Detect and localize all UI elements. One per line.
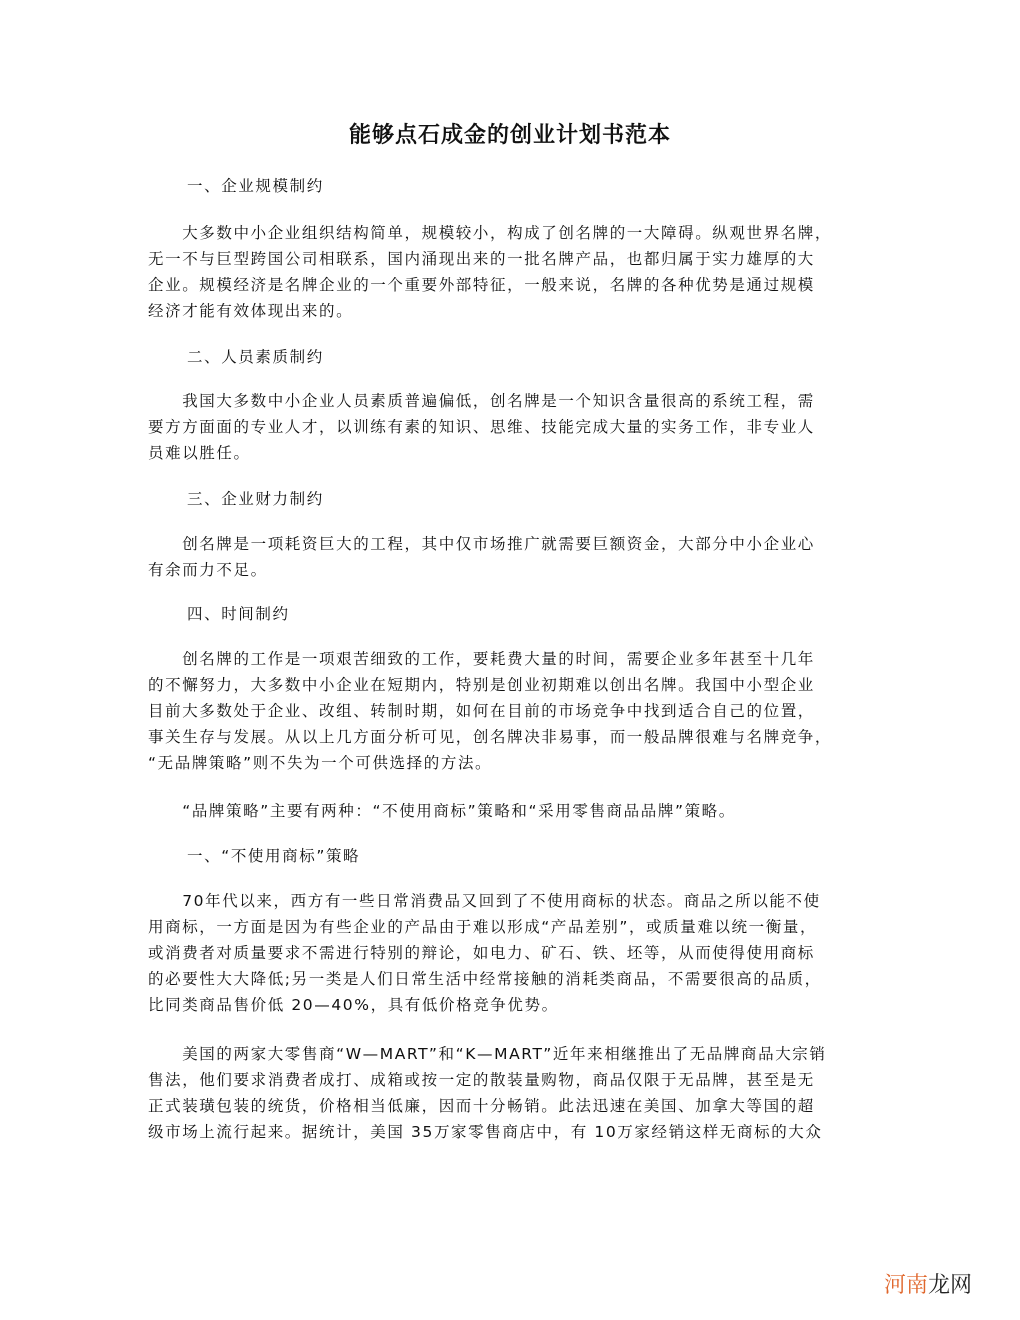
paragraph-line: 目前大多数处于企业、改组、转制时期，如何在目前的市场竞争中找到适合自己的位置， — [148, 698, 868, 724]
paragraph-line: 员难以胜任。 — [148, 440, 868, 466]
paragraph: 大多数中小企业组织结构简单，规模较小，构成了创名牌的一大障碍。纵观世界名牌， 无… — [148, 220, 868, 324]
paragraph-line: 大多数中小企业组织结构简单，规模较小，构成了创名牌的一大障碍。纵观世界名牌， — [148, 220, 868, 246]
paragraph-line: 70年代以来，西方有一些日常消费品又回到了不使用商标的状态。商品之所以能不使 — [148, 888, 868, 914]
section-heading: 二、人员素质制约 — [187, 344, 324, 370]
paragraph-line: “品牌策略”主要有两种：“不使用商标”策略和“采用零售商品品牌”策略。 — [148, 798, 868, 824]
paragraph-line: 比同类商品售价低 20—40%，具有低价格竞争优势。 — [148, 992, 868, 1018]
paragraph-line: 我国大多数中小企业人员素质普遍偏低，创名牌是一个知识含量很高的系统工程，需 — [148, 388, 868, 414]
paragraph-line: 有余而力不足。 — [148, 557, 868, 583]
section-heading: 三、企业财力制约 — [187, 486, 324, 512]
paragraph-line: 创名牌的工作是一项艰苦细致的工作，要耗费大量的时间，需要企业多年甚至十几年 — [148, 646, 868, 672]
paragraph: 70年代以来，西方有一些日常消费品又回到了不使用商标的状态。商品之所以能不使 用… — [148, 888, 868, 1018]
section-heading: 一、企业规模制约 — [187, 173, 324, 199]
paragraph-line: 美国的两家大零售商“W—MART”和“K—MART”近年来相继推出了无品牌商品大… — [148, 1041, 868, 1067]
paragraph-line: “无品牌策略”则不失为一个可供选择的方法。 — [148, 750, 868, 776]
paragraph-line: 企业。规模经济是名牌企业的一个重要外部特征，一般来说，名牌的各种优势是通过规模 — [148, 272, 868, 298]
paragraph: 美国的两家大零售商“W—MART”和“K—MART”近年来相继推出了无品牌商品大… — [148, 1041, 868, 1145]
section-heading: 四、时间制约 — [187, 601, 290, 627]
document-page: 能够点石成金的创业计划书范本 一、企业规模制约 大多数中小企业组织结构简单，规模… — [0, 0, 1020, 1320]
paragraph: 我国大多数中小企业人员素质普遍偏低，创名牌是一个知识含量很高的系统工程，需 要方… — [148, 388, 868, 466]
paragraph-line: 要方方面面的专业人才，以训练有素的知识、思维、技能完成大量的实务工作，非专业人 — [148, 414, 868, 440]
paragraph-line: 级市场上流行起来。据统计，美国 35万家零售商店中，有 10万家经销这样无商标的… — [148, 1119, 868, 1145]
paragraph-line: 用商标，一方面是因为有些企业的产品由于难以形成“产品差别”，或质量难以统一衡量， — [148, 914, 868, 940]
watermark-part1: 河南 — [884, 1273, 928, 1298]
paragraph-line: 正式装璜包装的统货，价格相当低廉，因而十分畅销。此法迅速在美国、加拿大等国的超 — [148, 1093, 868, 1119]
paragraph-line: 无一不与巨型跨国公司相联系，国内涌现出来的一批名牌产品，也都归属于实力雄厚的大 — [148, 246, 868, 272]
paragraph-line: 事关生存与发展。从以上几方面分析可见，创名牌决非易事，而一般品牌很难与名牌竞争， — [148, 724, 868, 750]
paragraph: “品牌策略”主要有两种：“不使用商标”策略和“采用零售商品品牌”策略。 — [148, 798, 868, 824]
paragraph-line: 经济才能有效体现出来的。 — [148, 298, 868, 324]
watermark-part2: 龙网 — [928, 1273, 972, 1298]
document-title: 能够点石成金的创业计划书范本 — [0, 121, 1020, 151]
paragraph: 创名牌是一项耗资巨大的工程，其中仅市场推广就需要巨额资金，大部分中小企业心 有余… — [148, 531, 868, 583]
watermark-logo: 河南龙网 — [884, 1272, 972, 1300]
paragraph-line: 或消费者对质量要求不需进行特别的辩论，如电力、矿石、铁、坯等，从而使得使用商标 — [148, 940, 868, 966]
paragraph-line: 的必要性大大降低;另一类是人们日常生活中经常接触的消耗类商品，不需要很高的品质， — [148, 966, 868, 992]
paragraph-line: 的不懈努力，大多数中小企业在短期内，特别是创业初期难以创出名牌。我国中小型企业 — [148, 672, 868, 698]
section-heading: 一、“不使用商标”策略 — [187, 843, 360, 869]
paragraph-line: 创名牌是一项耗资巨大的工程，其中仅市场推广就需要巨额资金，大部分中小企业心 — [148, 531, 868, 557]
paragraph-line: 售法，他们要求消费者成打、成箱或按一定的散装量购物，商品仅限于无品牌，甚至是无 — [148, 1067, 868, 1093]
paragraph: 创名牌的工作是一项艰苦细致的工作，要耗费大量的时间，需要企业多年甚至十几年 的不… — [148, 646, 868, 776]
